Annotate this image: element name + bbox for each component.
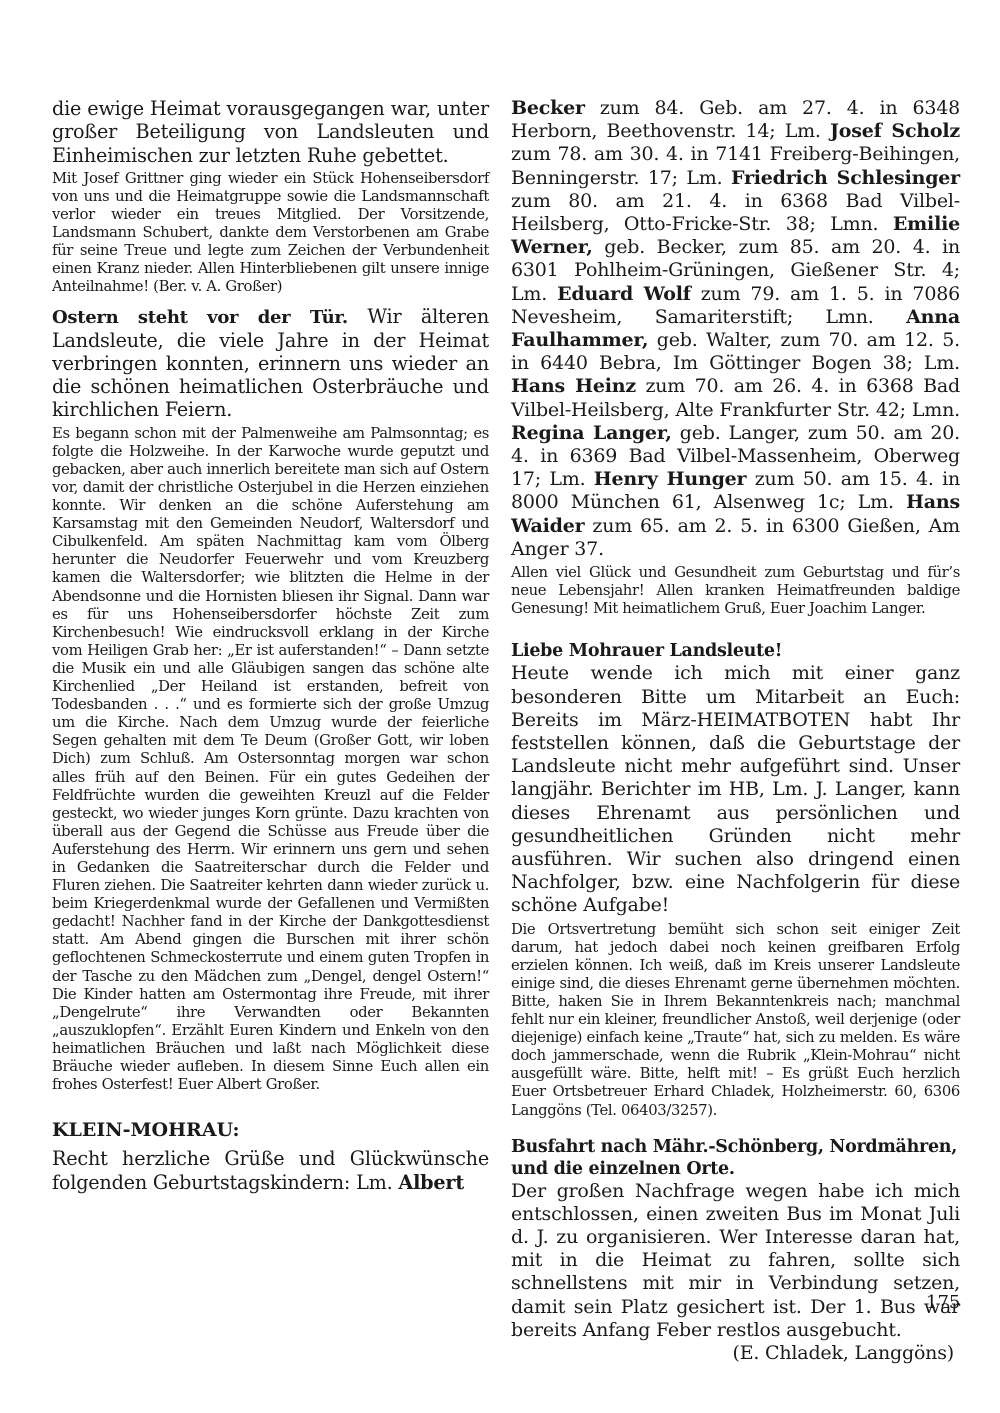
right-column: Becker zum 84. Geb. am 27. 4. in 6348 He… bbox=[511, 97, 960, 1365]
birthday-list: Becker zum 84. Geb. am 27. 4. in 6348 He… bbox=[511, 97, 960, 561]
bus-trip-signature: (E. Chladek, Langgöns) bbox=[511, 1342, 960, 1365]
bus-trip-body: Der großen Nachfrage wegen habe ich mich… bbox=[511, 1180, 960, 1342]
birthday-name: Hans Heinz bbox=[511, 375, 636, 397]
intro-paragraph: die ewige Heimat vorausgegangen war, unt… bbox=[52, 97, 489, 167]
birthday-closing: Allen viel Glück und Gesundheit zum Gebu… bbox=[511, 564, 960, 618]
left-column: die ewige Heimat vorausgegangen war, unt… bbox=[52, 97, 489, 1194]
birthday-name: Henry Hunger bbox=[594, 468, 747, 490]
obituary-paragraph: Mit Josef Grittner ging wieder ein Stück… bbox=[52, 170, 489, 297]
birthday-name: Josef Scholz bbox=[830, 120, 960, 142]
birthday-name: Friedrich Schlesinger bbox=[731, 167, 960, 189]
appeal-body: Die Ortsvertretung bemüht sich schon sei… bbox=[511, 921, 960, 1120]
klein-mohrau-lead: Recht herzliche Grüße und Glückwünsche f… bbox=[52, 1147, 489, 1194]
page-number: 175 bbox=[926, 1292, 960, 1313]
easter-article-headline: Ostern steht vor der Tür. bbox=[52, 307, 348, 328]
birthday-name: Becker bbox=[511, 97, 585, 119]
klein-mohrau-heading: KLEIN-MOHRAU: bbox=[52, 1118, 489, 1142]
bus-trip-heading: Busfahrt nach Mähr.-Schönberg, Nordmähre… bbox=[511, 1136, 960, 1180]
appeal-heading: Liebe Mohrauer Landsleute! bbox=[511, 640, 960, 662]
easter-article-lead: Ostern steht vor der Tür. Wir älteren La… bbox=[52, 305, 489, 422]
easter-article-body: Es begann schon mit der Palmenweihe am P… bbox=[52, 425, 489, 1094]
birthday-name: Albert bbox=[398, 1171, 464, 1194]
appeal-lead: Heute wende ich mich mit einer ganz beso… bbox=[511, 662, 960, 917]
birthday-name: Eduard Wolf bbox=[557, 283, 691, 305]
birthday-name: Regina Langer, bbox=[511, 422, 672, 444]
